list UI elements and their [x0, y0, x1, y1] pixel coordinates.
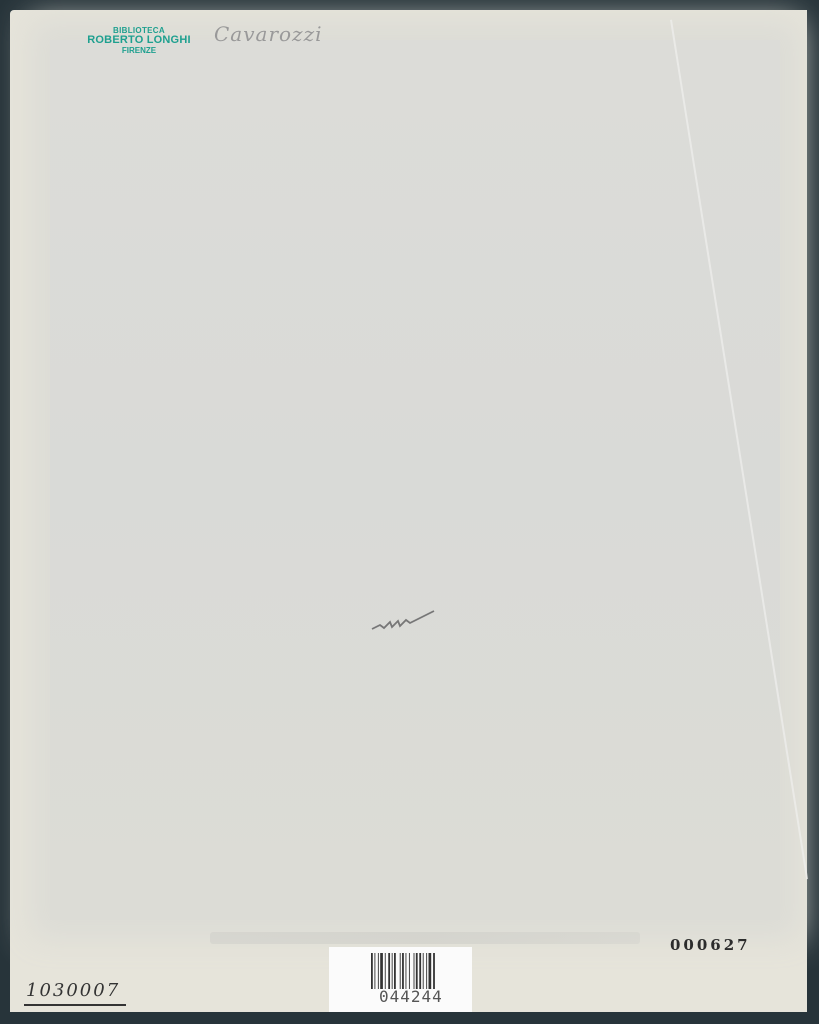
barcode-number: 044244: [379, 987, 443, 1006]
stamp-line-3: FIRENZE: [74, 47, 204, 55]
barcode-label: 044244: [329, 947, 472, 1012]
scribble-icon: [370, 605, 436, 635]
inventory-number-note: 1030007: [26, 980, 120, 1001]
library-stamp: BIBLIOTECA ROBERTO LONGHI FIRENZE: [74, 27, 204, 55]
print-area: [50, 40, 780, 920]
photo-verso-sheet: [10, 10, 807, 1012]
barcode-icon: [371, 953, 459, 989]
archive-number: 000627: [670, 936, 751, 954]
inventory-underline: [24, 1004, 126, 1006]
faint-caption-text: [210, 932, 640, 944]
artist-name-note: Cavarozzi: [214, 22, 323, 46]
